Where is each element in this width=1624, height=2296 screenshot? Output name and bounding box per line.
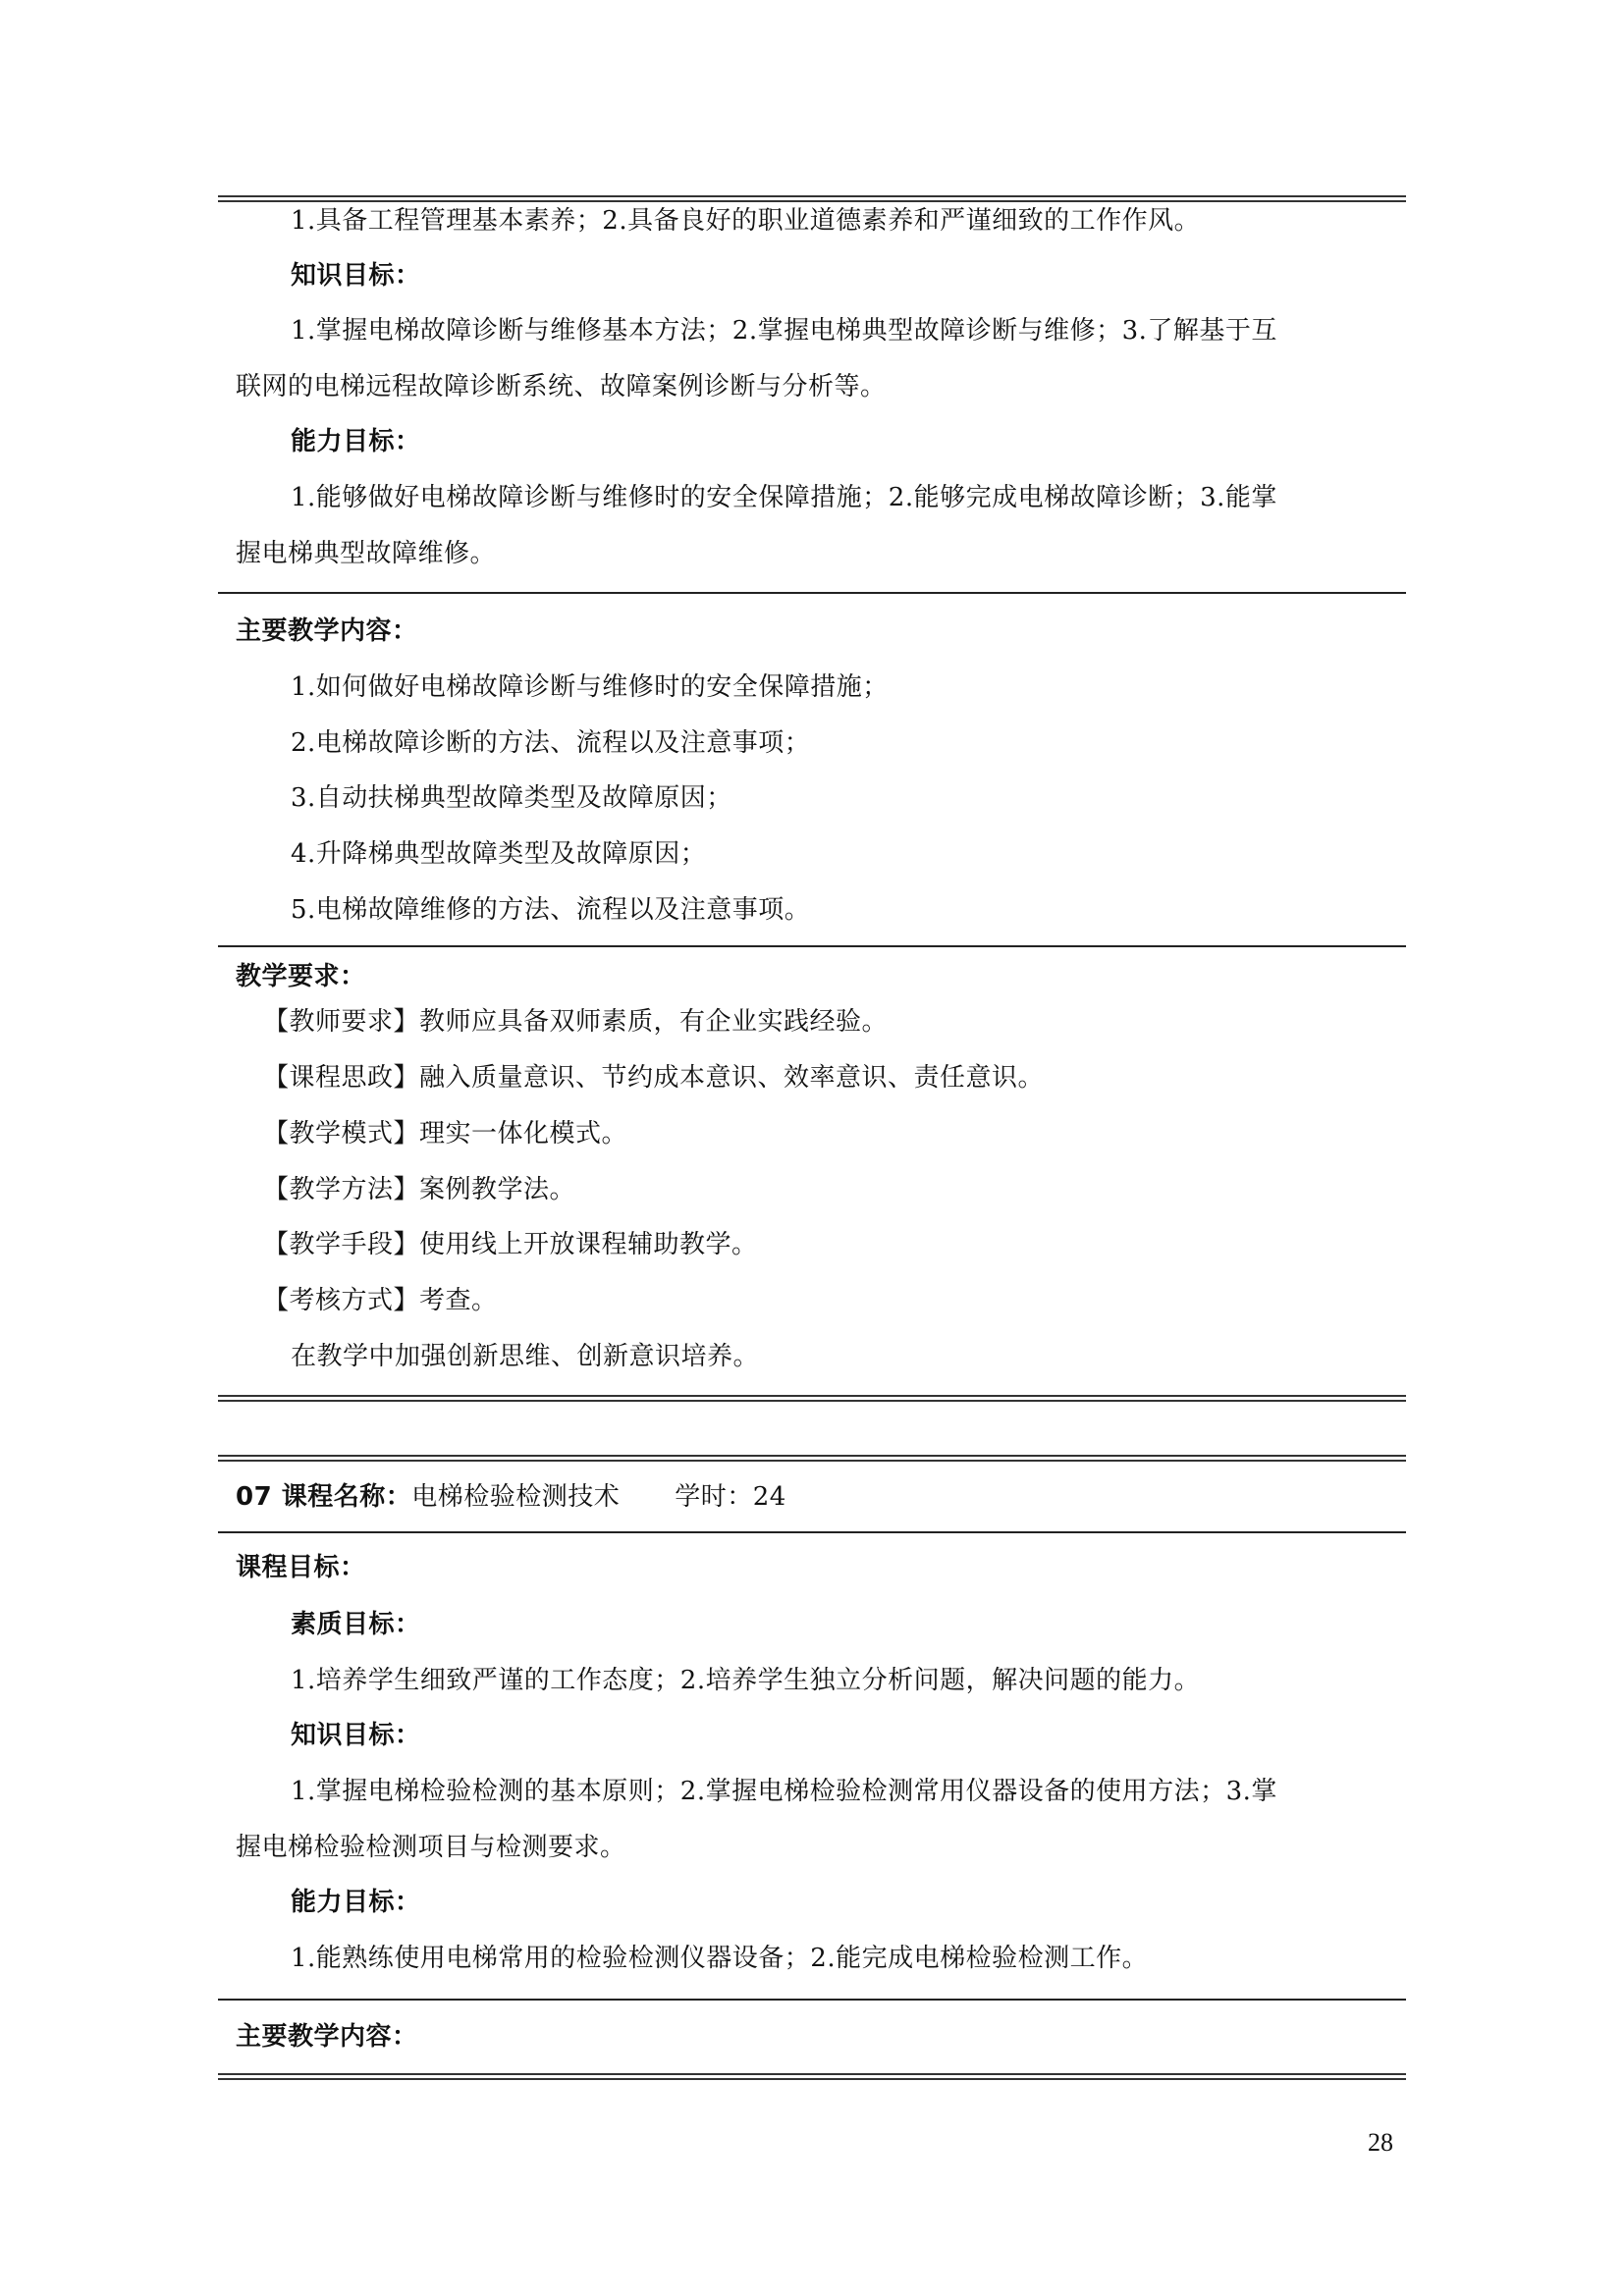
- section-rule: [218, 1531, 1406, 1533]
- requirement-item: 【课程思政】融入质量意识、节约成本意识、效率意识、责任意识。: [263, 1062, 1044, 1094]
- main-content-heading: 主要教学内容：: [236, 2021, 418, 2053]
- double-rule: [218, 1455, 1406, 1462]
- double-rule: [218, 1395, 1406, 1402]
- knowledge-objectives-heading: 知识目标：: [291, 260, 421, 292]
- requirement-item: 【教学模式】理实一体化模式。: [263, 1118, 627, 1149]
- knowledge-objectives-heading: 知识目标：: [291, 1720, 421, 1751]
- teaching-requirements-heading: 教学要求：: [236, 961, 366, 992]
- content-item: 1.如何做好电梯故障诊断与维修时的安全保障措施；: [291, 671, 889, 703]
- ability-objectives-text: 1.能熟练使用电梯常用的检验检测仪器设备；2.能完成电梯检验检测工作。: [291, 1943, 1148, 1974]
- section-rule: [218, 945, 1406, 947]
- requirement-item: 【教师要求】教师应具备双师素质，有企业实践经验。: [263, 1006, 888, 1038]
- requirement-item: 【考核方式】考查。: [263, 1285, 498, 1316]
- course-number-label: 07 课程名称：: [236, 1482, 411, 1512]
- content-item: 2.电梯故障诊断的方法、流程以及注意事项；: [291, 727, 810, 759]
- double-rule: [218, 2073, 1406, 2080]
- ability-objectives-line: 1.能够做好电梯故障诊断与维修时的安全保障措施；2.能够完成电梯故障诊断；3.能…: [291, 482, 1277, 513]
- course-hours: 学时：24: [675, 1482, 786, 1512]
- course-objectives-heading: 课程目标：: [236, 1552, 366, 1583]
- requirement-item: 【教学方法】案例教学法。: [263, 1174, 575, 1205]
- knowledge-objectives-line: 联网的电梯远程故障诊断系统、故障案例诊断与分析等。: [236, 371, 887, 402]
- innovation-note: 在教学中加强创新思维、创新意识培养。: [291, 1341, 759, 1372]
- course-name: 电梯检验检测技术: [411, 1482, 620, 1512]
- requirement-item: 【教学手段】使用线上开放课程辅助教学。: [263, 1229, 758, 1260]
- ability-objectives-line: 握电梯典型故障维修。: [236, 538, 496, 569]
- knowledge-objectives-line: 1.掌握电梯检验检测的基本原则；2.掌握电梯检验检测常用仪器设备的使用方法；3.…: [291, 1776, 1277, 1807]
- knowledge-objectives-line: 握电梯检验检测项目与检测要求。: [236, 1832, 626, 1863]
- section-rule: [218, 1999, 1406, 2001]
- content-item: 3.自动扶梯典型故障类型及故障原因；: [291, 782, 732, 814]
- double-rule: [218, 195, 1406, 202]
- quality-objectives-text: 1.具备工程管理基本素养；2.具备良好的职业道德素养和严谨细致的工作作风。: [291, 205, 1200, 237]
- knowledge-objectives-line: 1.掌握电梯故障诊断与维修基本方法；2.掌握电梯典型故障诊断与维修；3.了解基于…: [291, 315, 1277, 347]
- section-rule: [218, 592, 1406, 594]
- course-header: 07 课程名称：电梯检验检测技术学时：24: [236, 1481, 786, 1513]
- document-page: 1.具备工程管理基本素养；2.具备良好的职业道德素养和严谨细致的工作作风。 知识…: [0, 0, 1624, 2296]
- ability-objectives-heading: 能力目标：: [291, 1887, 421, 1918]
- quality-objectives-text: 1.培养学生细致严谨的工作态度；2.培养学生独立分析问题，解决问题的能力。: [291, 1665, 1200, 1696]
- content-item: 5.电梯故障维修的方法、流程以及注意事项。: [291, 894, 810, 926]
- content-item: 4.升降梯典型故障类型及故障原因；: [291, 838, 706, 870]
- ability-objectives-heading: 能力目标：: [291, 426, 421, 457]
- page-number: 28: [1368, 2128, 1393, 2158]
- quality-objectives-heading: 素质目标：: [291, 1609, 421, 1640]
- main-content-heading: 主要教学内容：: [236, 615, 418, 647]
